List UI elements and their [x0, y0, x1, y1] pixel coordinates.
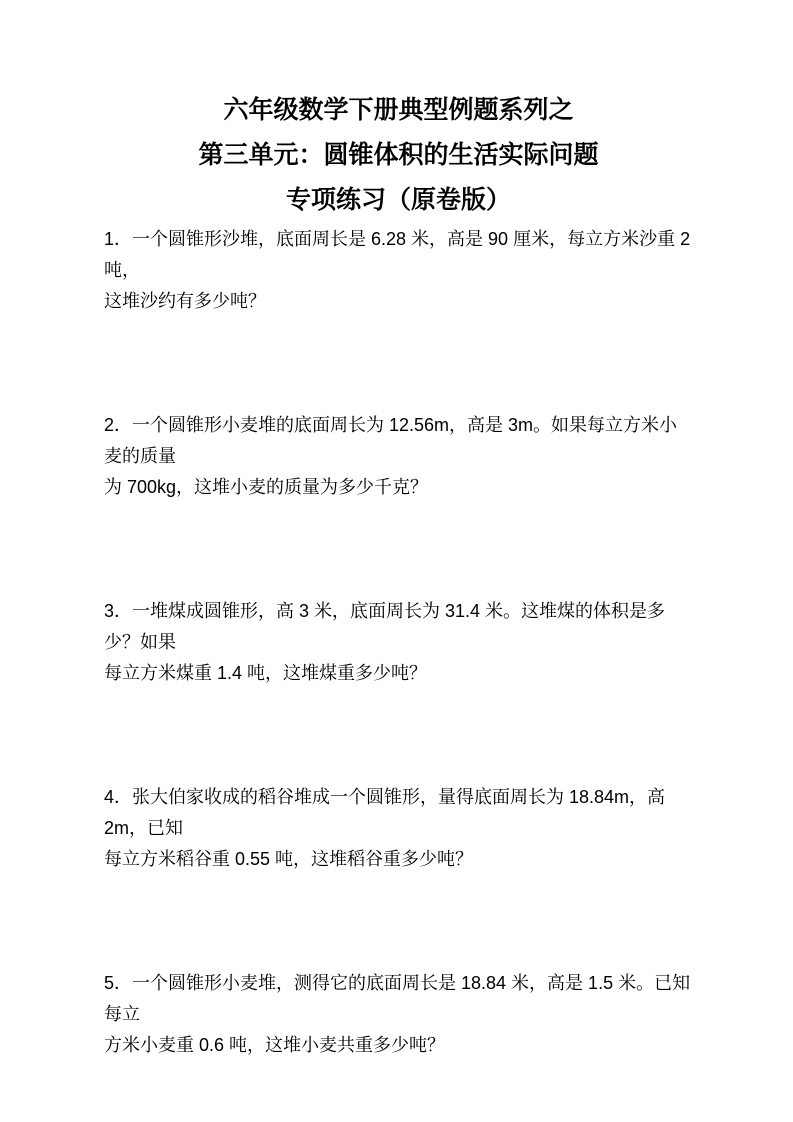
document-page: 六年级数学下册典型例题系列之 第三单元：圆锥体积的生活实际问题 专项练习（原卷版… [0, 0, 793, 1122]
problem-3-line-2: 每立方米煤重 1.4 吨，这堆煤重多少吨？ [104, 658, 693, 689]
problem-1-line-1: 1．一个圆锥形沙堆，底面周长是 6.28 米，高是 90 厘米，每立方米沙重 2… [104, 224, 693, 286]
problem-2-line-1: 2．一个圆锥形小麦堆的底面周长为 12.56m，高是 3m。如果每立方米小麦的质… [104, 410, 693, 472]
title-line-series: 六年级数学下册典型例题系列之 [104, 88, 693, 133]
problem-1: 1．一个圆锥形沙堆，底面周长是 6.28 米，高是 90 厘米，每立方米沙重 2… [104, 224, 693, 317]
problem-2: 2．一个圆锥形小麦堆的底面周长为 12.56m，高是 3m。如果每立方米小麦的质… [104, 410, 693, 503]
problem-5-line-2: 方米小麦重 0.6 吨，这堆小麦共重多少吨？ [104, 1030, 693, 1061]
problem-5-line-1: 5．一个圆锥形小麦堆，测得它的底面周长是 18.84 米，高是 1.5 米。已知… [104, 968, 693, 1030]
problem-list: 1．一个圆锥形沙堆，底面周长是 6.28 米，高是 90 厘米，每立方米沙重 2… [104, 224, 693, 1061]
problem-3-line-1: 3．一堆煤成圆锥形，高 3 米，底面周长为 31.4 米。这堆煤的体积是多少？如… [104, 596, 693, 658]
problem-5: 5．一个圆锥形小麦堆，测得它的底面周长是 18.84 米，高是 1.5 米。已知… [104, 968, 693, 1061]
problem-3: 3．一堆煤成圆锥形，高 3 米，底面周长为 31.4 米。这堆煤的体积是多少？如… [104, 596, 693, 689]
document-title: 六年级数学下册典型例题系列之 第三单元：圆锥体积的生活实际问题 专项练习（原卷版… [104, 88, 693, 223]
title-line-exercise-version: 专项练习（原卷版） [104, 178, 693, 223]
problem-4-line-2: 每立方米稻谷重 0.55 吨，这堆稻谷重多少吨？ [104, 844, 693, 875]
problem-4-line-1: 4．张大伯家收成的稻谷堆成一个圆锥形，量得底面周长为 18.84m，高 2m，已… [104, 782, 693, 844]
problem-1-line-2: 这堆沙约有多少吨？ [104, 286, 693, 317]
title-line-unit: 第三单元：圆锥体积的生活实际问题 [104, 133, 693, 178]
problem-4: 4．张大伯家收成的稻谷堆成一个圆锥形，量得底面周长为 18.84m，高 2m，已… [104, 782, 693, 875]
problem-2-line-2: 为 700kg，这堆小麦的质量为多少千克？ [104, 472, 693, 503]
